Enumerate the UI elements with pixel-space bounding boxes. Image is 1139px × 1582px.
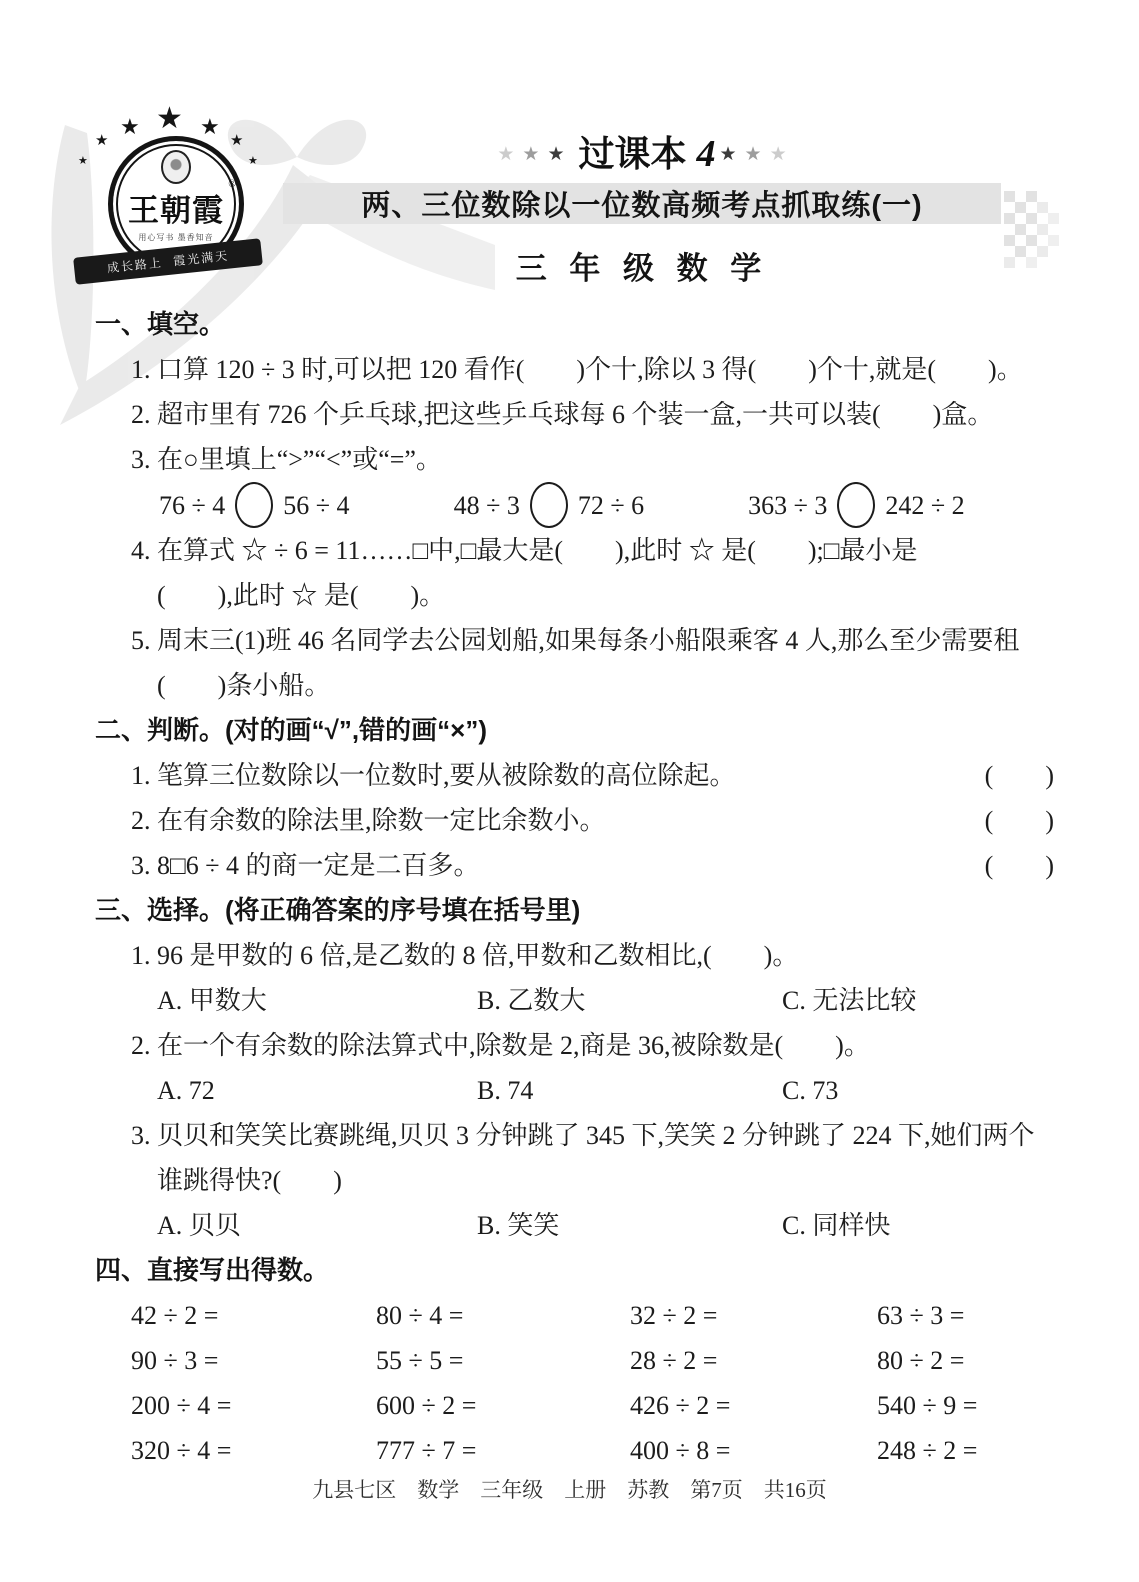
comparison-item: 48 ÷ 372 ÷ 6 (454, 482, 645, 528)
lesson-title-band: 两、三位数除以一位数高频考点抓取练(一) (283, 183, 1001, 224)
choice-options: A. 甲数大 B. 乙数大 C. 无法比较 (157, 978, 1054, 1023)
option-b: B. 74 (477, 1068, 782, 1113)
compare-circle-icon (837, 482, 875, 528)
oral-item: 63 ÷ 3 = (877, 1293, 1054, 1338)
grade-subject-title: 三 年 级 数 学 (283, 243, 1001, 288)
oral-item: 80 ÷ 2 = (877, 1338, 1054, 1383)
unit-number: 4 (697, 133, 716, 175)
registered-mark: ® (228, 179, 237, 190)
page-footer: 九县七区 数学 三年级 上册 苏教 第7页 共16页 (0, 1474, 1139, 1504)
judge-row: 3. 8□6 ÷ 4 的商一定是二百多。( ) (131, 843, 1054, 888)
star-icon: ★ (230, 134, 243, 149)
expression: 363 ÷ 3 (748, 483, 827, 528)
logo-brand-text: 王朝霞® (128, 185, 224, 230)
lesson-title: 两、三位数除以一位数高频考点抓取练(一) (361, 183, 922, 224)
star-icon: ★ (95, 134, 108, 149)
answer-paren: ( ) (985, 753, 1054, 798)
star-icon: ★ (200, 116, 220, 138)
star-icon: ★ (497, 144, 514, 165)
fill-question-5-line2: ( )条小船。 (131, 663, 1054, 708)
option-a: A. 72 (157, 1068, 477, 1113)
star-icon: ★ (156, 104, 183, 134)
fill-question-5-line1: 5. 周末三(1)班 46 名同学去公园划船,如果每条小船限乘客 4 人,那么至… (131, 618, 1054, 663)
fill-question-4-line1: 4. 在算式 ☆ ÷ 6 = 11……□中,□最大是( ),此时 ☆ 是( );… (131, 528, 1054, 573)
oral-item: 32 ÷ 2 = (630, 1293, 877, 1338)
section-fill-heading: 一、填空。 (95, 302, 1054, 347)
oral-item: 200 ÷ 4 = (131, 1383, 376, 1428)
option-a: A. 贝贝 (157, 1203, 477, 1248)
star-icon: ★ (78, 156, 88, 167)
option-c: C. 无法比较 (782, 978, 1054, 1023)
oral-item: 320 ÷ 4 = (131, 1428, 376, 1473)
worksheet-content: 一、填空。 1. 口算 120 ÷ 3 时,可以把 120 看作( )个十,除以… (95, 302, 1054, 1473)
section-oral-heading: 四、直接写出得数。 (95, 1248, 1054, 1293)
oral-item: 777 ÷ 7 = (376, 1428, 630, 1473)
oral-row: 90 ÷ 3 = 55 ÷ 5 = 28 ÷ 2 = 80 ÷ 2 = (131, 1338, 1054, 1383)
option-a: A. 甲数大 (157, 978, 477, 1023)
section-judge-heading: 二、判断。(对的画“√”,错的画“×”) (95, 708, 1054, 753)
star-icon: ★ (770, 144, 787, 165)
star-icon: ★ (120, 116, 140, 138)
logo-small-text: 用心写书 墨香知音 (138, 232, 213, 243)
judge-row: 1. 笔算三位数除以一位数时,要从被除数的高位除起。( ) (131, 753, 1054, 798)
choice-options: A. 贝贝 B. 笑笑 C. 同样快 (157, 1203, 1054, 1248)
option-b: B. 笑笑 (477, 1203, 782, 1248)
answer-paren: ( ) (985, 798, 1054, 843)
oral-row: 200 ÷ 4 = 600 ÷ 2 = 426 ÷ 2 = 540 ÷ 9 = (131, 1383, 1054, 1428)
fill-question-1: 1. 口算 120 ÷ 3 时,可以把 120 看作( )个十,除以 3 得( … (131, 347, 1054, 392)
star-icon: ★ (547, 144, 564, 165)
oral-item: 426 ÷ 2 = (630, 1383, 877, 1428)
unit-title: 过课本 (578, 134, 686, 174)
comparison-item: 76 ÷ 456 ÷ 4 (159, 482, 350, 528)
comparison-item: 363 ÷ 3242 ÷ 2 (748, 482, 965, 528)
oral-item: 80 ÷ 4 = (376, 1293, 630, 1338)
star-icon: ★ (745, 144, 762, 165)
choice-question-1: 1. 96 是甲数的 6 倍,是乙数的 8 倍,甲数和乙数相比,( )。 (131, 933, 1054, 978)
oral-item: 42 ÷ 2 = (131, 1293, 376, 1338)
answer-paren: ( ) (985, 843, 1054, 888)
fill-question-2: 2. 超市里有 726 个乒乓球,把这些乒乓球每 6 个装一盒,一共可以装( )… (131, 392, 1054, 437)
checker-decor (1004, 180, 1080, 272)
star-icon: ★ (720, 144, 737, 165)
choice-options: A. 72 B. 74 C. 73 (157, 1068, 1054, 1113)
compare-circle-icon (530, 482, 568, 528)
option-c: C. 同样快 (782, 1203, 1054, 1248)
compare-circle-icon (235, 482, 273, 528)
oral-item: 540 ÷ 9 = (877, 1383, 1054, 1428)
star-icon: ★ (522, 144, 539, 165)
oral-item: 90 ÷ 3 = (131, 1338, 376, 1383)
oral-item: 248 ÷ 2 = (877, 1428, 1054, 1473)
section-choice-heading: 三、选择。(将正确答案的序号填在括号里) (95, 888, 1054, 933)
expression: 72 ÷ 6 (578, 483, 644, 528)
oral-item: 28 ÷ 2 = (630, 1338, 877, 1383)
choice-question-3: 3. 贝贝和笑笑比赛跳绳,贝贝 3 分钟跳了 345 下,笑笑 2 分钟跳了 2… (131, 1113, 1054, 1203)
portrait-icon (161, 150, 191, 184)
expression: 48 ÷ 3 (454, 483, 520, 528)
oral-item: 400 ÷ 8 = (630, 1428, 877, 1473)
fill-question-3: 3. 在○里填上“>”“<”或“=”。 (131, 437, 1054, 482)
judge-row: 2. 在有余数的除法里,除数一定比余数小。( ) (131, 798, 1054, 843)
fill-question-4-line2: ( ),此时 ☆ 是( )。 (131, 573, 1054, 618)
judge-statement: 1. 笔算三位数除以一位数时,要从被除数的高位除起。 (131, 761, 736, 790)
worksheet-page: ★ ★ ★ ★ ★ ★ ★ 王朝霞® 用心写书 墨香知音 成长路上 霞光满天 ★… (0, 0, 1139, 1582)
oral-row: 42 ÷ 2 = 80 ÷ 4 = 32 ÷ 2 = 63 ÷ 3 = (131, 1293, 1054, 1338)
comparison-row: 76 ÷ 456 ÷ 4 48 ÷ 372 ÷ 6 363 ÷ 3242 ÷ 2 (159, 482, 1054, 528)
option-c: C. 73 (782, 1068, 1054, 1113)
brand-logo: ★ ★ ★ ★ ★ ★ ★ 王朝霞® 用心写书 墨香知音 成长路上 霞光满天 (68, 108, 312, 288)
oral-row: 320 ÷ 4 = 777 ÷ 7 = 400 ÷ 8 = 248 ÷ 2 = (131, 1428, 1054, 1473)
judge-statement: 3. 8□6 ÷ 4 的商一定是二百多。 (131, 851, 479, 880)
unit-header: ★★★过课本4★★★ (283, 126, 1001, 177)
oral-item: 55 ÷ 5 = (376, 1338, 630, 1383)
option-b: B. 乙数大 (477, 978, 782, 1023)
choice-question-2: 2. 在一个有余数的除法算式中,除数是 2,商是 36,被除数是( )。 (131, 1023, 1054, 1068)
oral-item: 600 ÷ 2 = (376, 1383, 630, 1428)
expression: 76 ÷ 4 (159, 483, 225, 528)
expression: 56 ÷ 4 (283, 483, 349, 528)
expression: 242 ÷ 2 (885, 483, 964, 528)
judge-statement: 2. 在有余数的除法里,除数一定比余数小。 (131, 806, 606, 835)
star-icon: ★ (248, 156, 258, 167)
